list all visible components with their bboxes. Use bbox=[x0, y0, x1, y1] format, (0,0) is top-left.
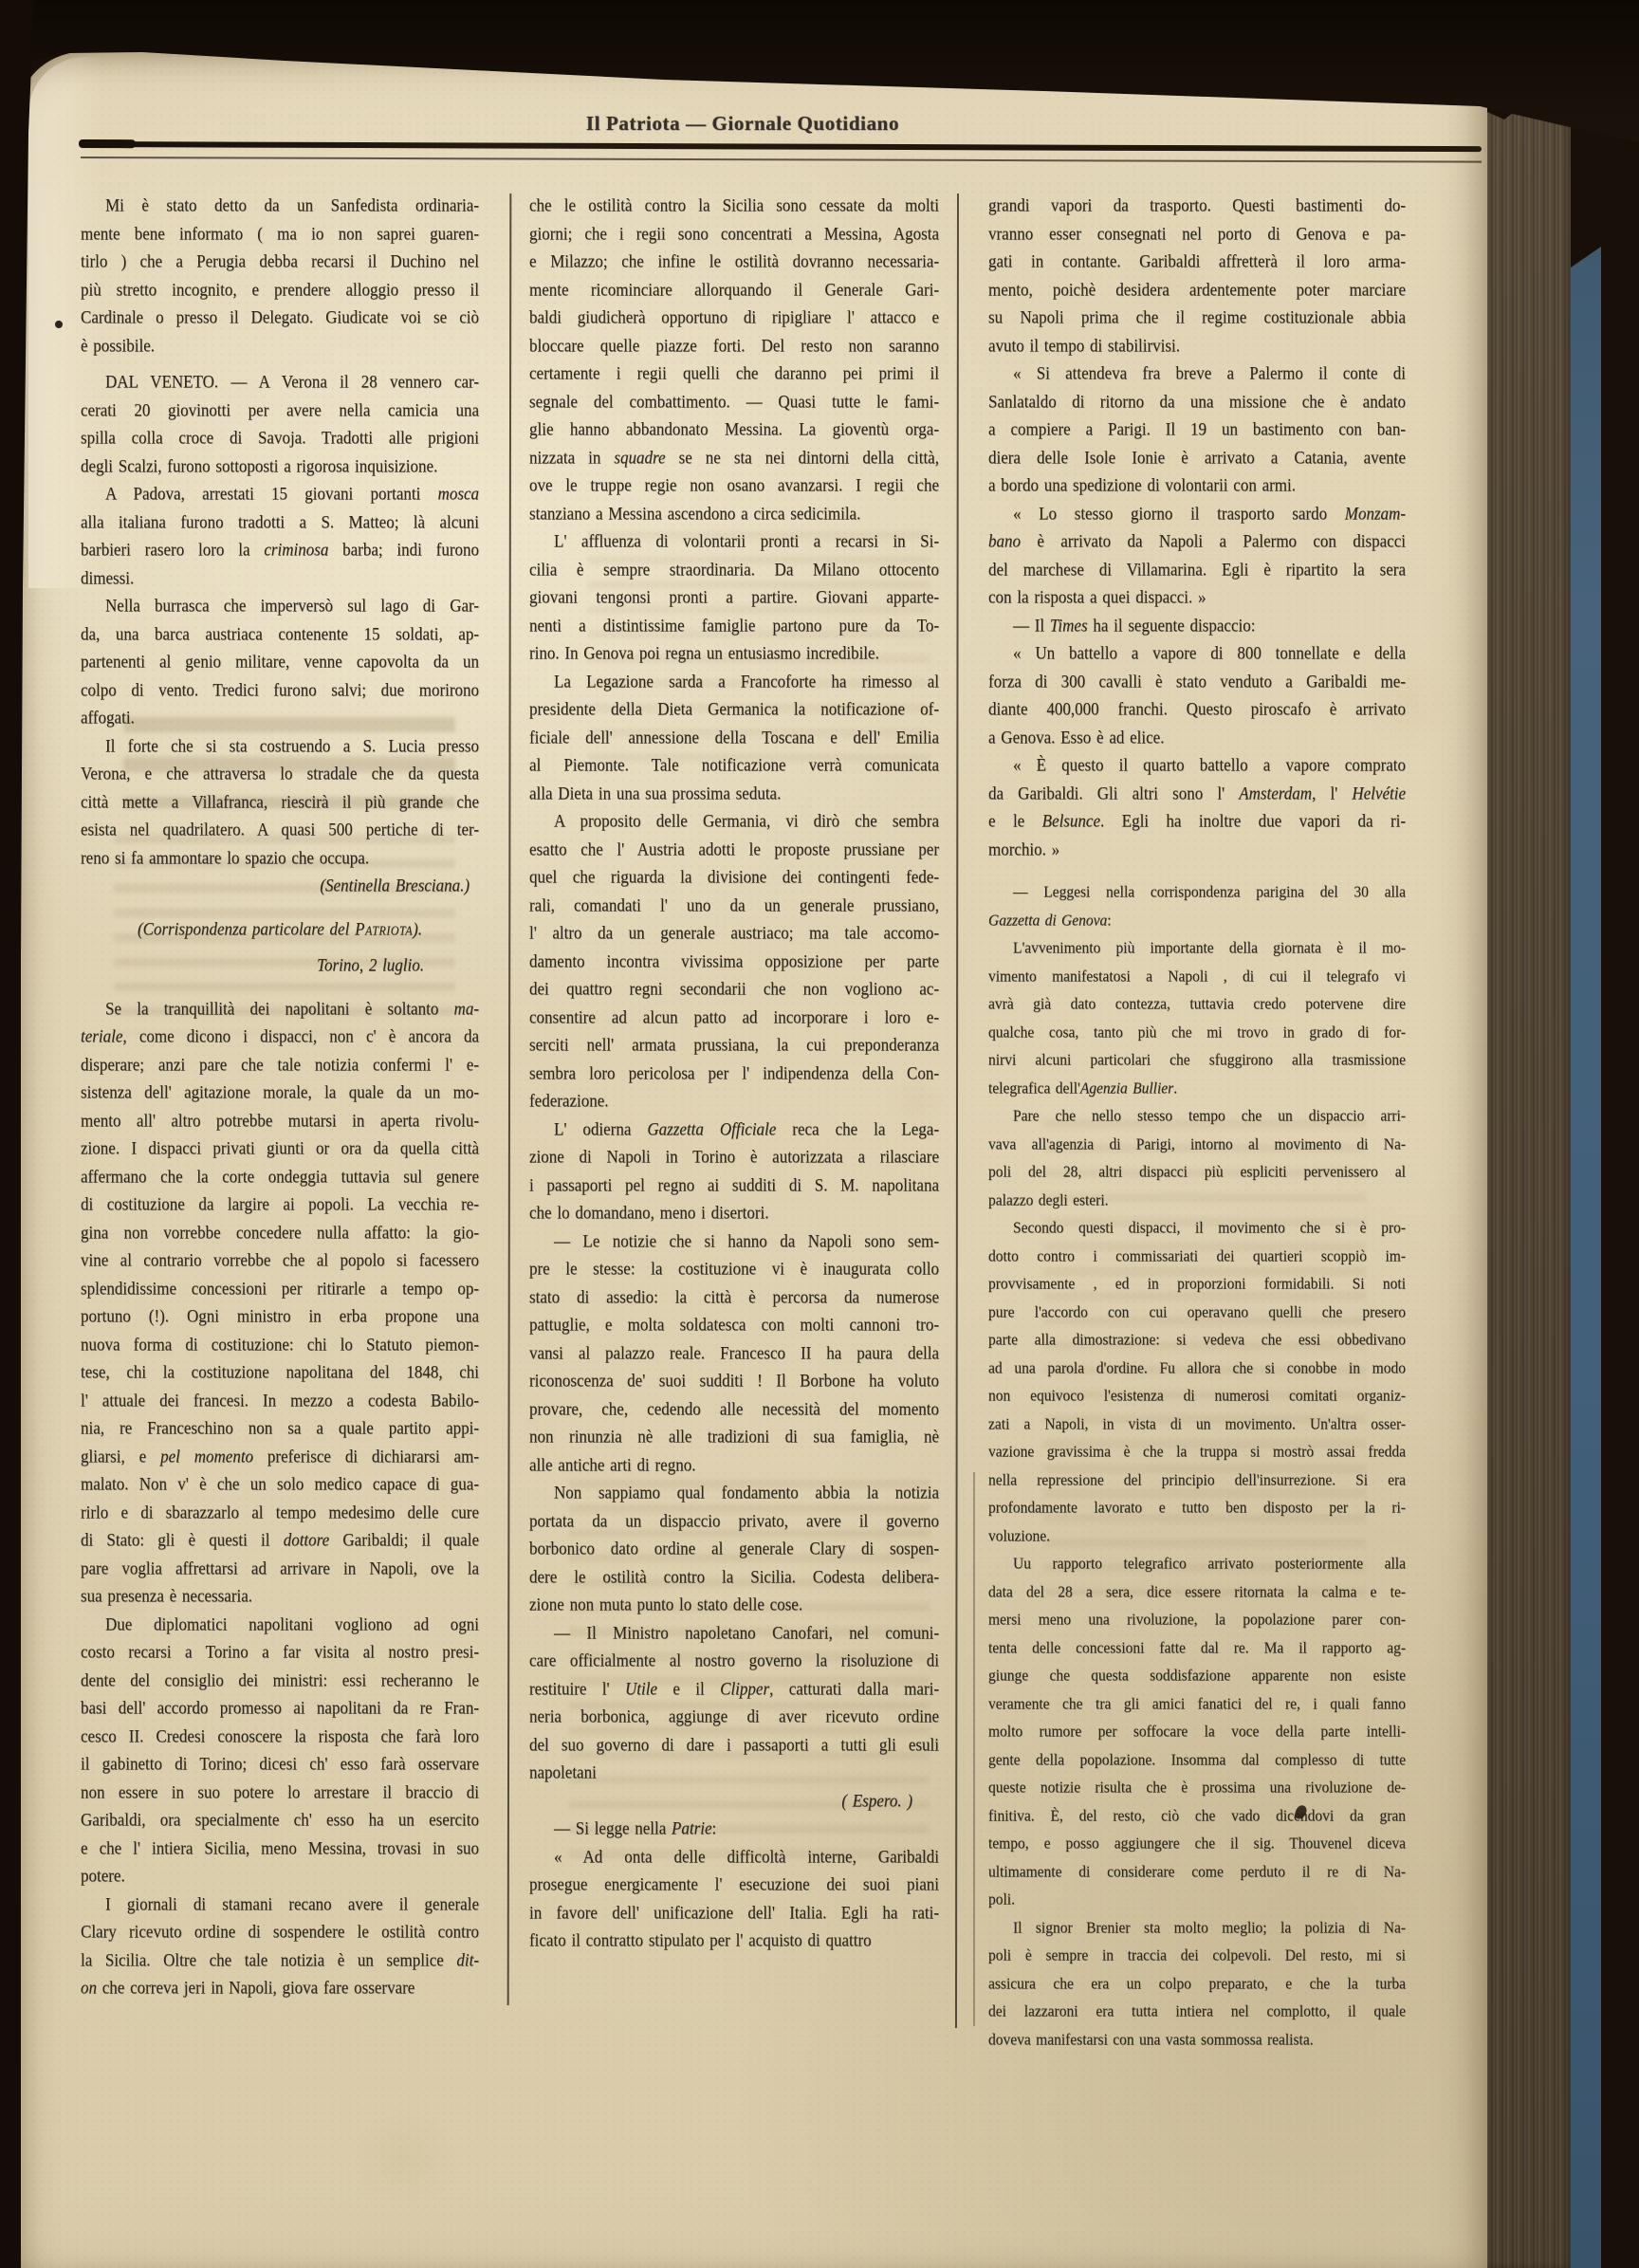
text-line: voluzione. bbox=[988, 1521, 1406, 1551]
text-line: città mette a Villafranca, riescirà il p… bbox=[81, 786, 479, 817]
text-line: poli. bbox=[988, 1885, 1406, 1915]
text-line: napoletani bbox=[529, 1758, 939, 1788]
text-line: disperare; anzi pare che tale notizia co… bbox=[81, 1049, 479, 1079]
text-line: dei lazzaroni era tutta intiera nel comp… bbox=[988, 1997, 1406, 2027]
paragraph: « Si attendeva fra breve a Palermo il co… bbox=[988, 360, 1406, 500]
text-line: tirlo ) che a Perugia debba recarsi il D… bbox=[81, 247, 479, 277]
text-line: finitiva. È, del resto, ciò che vado dic… bbox=[988, 1800, 1406, 1831]
paragraph: Non sappiamo qual fondamento abbia la no… bbox=[529, 1479, 939, 1619]
text-line: mente bene informato ( ma io non saprei … bbox=[81, 218, 479, 249]
paragraph: — Il Times ha il seguente dispaccio: bbox=[988, 612, 1406, 640]
text-line: dere le ostilità contro la Sicilia. Code… bbox=[529, 1561, 939, 1592]
text-line: segnale del combattimento. — Quasi tutte… bbox=[529, 386, 939, 416]
column-2: che le ostilità contro la Sicilia sono c… bbox=[529, 192, 939, 1955]
margin-dot bbox=[55, 321, 63, 328]
paragraph: Se la tranquillità dei napolitani è solt… bbox=[81, 995, 479, 1611]
text-line: a Genova. Esso è ad elice. bbox=[988, 722, 1406, 752]
text-line: Torino, 2 luglio. bbox=[81, 950, 479, 981]
text-line: ultimamente di considerare come perduto … bbox=[988, 1856, 1406, 1887]
text-line: avrà già dato contezza, tuttavia credo p… bbox=[988, 989, 1406, 1020]
text-line: baldi giudicherà opportuno di ripigliare… bbox=[529, 303, 939, 333]
text-line: nenti a distintissime famiglie partono p… bbox=[529, 610, 939, 640]
paragraph: (Corrispondenza particolare del Patriota… bbox=[81, 915, 479, 944]
text-line: L' odierna Gazzetta Officiale reca che l… bbox=[529, 1114, 939, 1144]
text-line: A Padova, arrestati 15 giovani portanti … bbox=[81, 479, 479, 509]
paragraph: A Padova, arrestati 15 giovani portanti … bbox=[81, 480, 479, 592]
text-line: Verona, e che attraversa lo stradale che… bbox=[81, 759, 479, 789]
text-line: ficiale dell' annessione della Toscana e… bbox=[529, 722, 939, 752]
text-line: poli è sempre in traccia dei colpevoli. … bbox=[988, 1941, 1406, 1971]
text-line: non essere in suo potere lo arrestare il… bbox=[81, 1777, 479, 1807]
text-line: assicura che era un colpo preparato, e c… bbox=[988, 1968, 1406, 1999]
text-line: glie hanno abbandonato Messina. La giove… bbox=[529, 415, 939, 445]
text-line: potere. bbox=[81, 1861, 479, 1891]
text-line: pre le stesse: la costituzione vi è inau… bbox=[529, 1254, 939, 1284]
text-line: grandi vapori da trasporto. Questi basti… bbox=[988, 191, 1406, 221]
text-line: pattuglie, e molta soldatesca con molti … bbox=[529, 1310, 939, 1340]
text-line: presidente della Dieta Germanica la noti… bbox=[529, 694, 939, 725]
text-line: bano è arrivato da Napoli a Palermo con … bbox=[988, 526, 1406, 557]
text-line: giunge che questa soddisfazione apparent… bbox=[988, 1661, 1406, 1691]
text-line: serciti nell' armata prussiana, la cui p… bbox=[529, 1030, 939, 1060]
text-line: stato di assedio: la città è percorsa da… bbox=[529, 1282, 939, 1312]
paragraph: DAL VENETO. — A Verona il 28 vennero car… bbox=[81, 368, 479, 480]
text-line: provvisamente , ed in proporzioni formid… bbox=[988, 1269, 1406, 1300]
text-line: nella repressione del principio dell'ins… bbox=[988, 1465, 1406, 1495]
text-line: Se la tranquillità dei napolitani è solt… bbox=[81, 993, 479, 1023]
text-line: esatto che l' Austria adotti le proposte… bbox=[529, 834, 939, 864]
text-line: riconoscenza de' suoi sudditi ! Il Borbo… bbox=[529, 1366, 939, 1396]
text-line: diera delle Isole Ionie è arrivato a Cat… bbox=[988, 442, 1406, 472]
text-line: dimessi. bbox=[81, 562, 479, 593]
text-line: alla Dieta in una sua prossima seduta. bbox=[529, 778, 939, 808]
text-line: e Milazzo; che infine le ostilità dovran… bbox=[529, 247, 939, 277]
text-line: palazzo degli esteri. bbox=[988, 1185, 1406, 1215]
text-line: telegrafica dell'Agenzia Bullier. bbox=[988, 1073, 1406, 1103]
text-line: queste notizie risulta che è prossima un… bbox=[988, 1773, 1406, 1803]
text-line: malato. Non v' è che un solo medico capa… bbox=[81, 1469, 479, 1500]
text-line: « Un battello a vapore di 800 tonnellate… bbox=[988, 638, 1406, 669]
text-line: Il signor Brenier sta molto meglio; la p… bbox=[988, 1912, 1406, 1943]
text-line: gina non vorrebbe concedere nulla affatt… bbox=[81, 1217, 479, 1247]
text-line: da, una barca austriaca contenente 15 so… bbox=[81, 618, 479, 649]
text-line: A proposito delle Germania, vi dirò che … bbox=[529, 806, 939, 837]
text-line: veramente che tra gli amici fanatici del… bbox=[988, 1688, 1406, 1719]
paragraph: — Le notizie che si hanno da Napoli sono… bbox=[529, 1227, 939, 1480]
text-line: Non sappiamo qual fondamento abbia la no… bbox=[529, 1478, 939, 1508]
text-line: rali, comandati l' uno da un generale pr… bbox=[529, 890, 939, 920]
text-line: data del 28 a sera, dice essere ritornat… bbox=[988, 1577, 1406, 1607]
text-line: (Sentinella Bresciana.) bbox=[81, 871, 479, 901]
text-line: — Si legge nella Patrie: bbox=[529, 1814, 939, 1844]
text-line: forza di 300 cavalli è stato venduto a G… bbox=[988, 666, 1406, 696]
text-line: sua presenza è necessaria. bbox=[81, 1581, 479, 1612]
text-line: gati in contante. Garibaldi affretterà i… bbox=[988, 247, 1406, 277]
text-line: ad una parola d'ordine. Fu allora che si… bbox=[988, 1353, 1406, 1383]
text-line: nia, re Franceschino non sa a quale part… bbox=[81, 1413, 479, 1444]
paragraph: Due diplomatici napolitani vogliono ad o… bbox=[81, 1611, 479, 1890]
text-line: dei quattro regni secondarii che non vog… bbox=[529, 974, 939, 1005]
text-line: del marchese di Villamarina. Egli è ripa… bbox=[988, 554, 1406, 584]
paragraph: I giornali di stamani recano avere il ge… bbox=[81, 1890, 479, 2002]
text-line: Sanlataldo di ritorno da una missione ch… bbox=[988, 386, 1406, 416]
text-line: I giornali di stamani recano avere il ge… bbox=[81, 1889, 479, 1919]
column-3: grandi vapori da trasporto. Questi basti… bbox=[988, 192, 1406, 2054]
paragraph: Mi è stato detto da un Sanfedista ordina… bbox=[81, 192, 479, 360]
text-line: a bordo una spedizione di volontarii con… bbox=[988, 470, 1406, 501]
text-line: Cardinale o presso il Delegato. Giudicat… bbox=[81, 303, 479, 333]
text-line: vazione gravissima è che la truppa si mo… bbox=[988, 1437, 1406, 1467]
text-line: rirlo e di sbarazzarlo al tempo medesimo… bbox=[81, 1497, 479, 1527]
text-line: ( Espero. ) bbox=[529, 1785, 939, 1816]
text-line: « Si attendeva fra breve a Palermo il co… bbox=[988, 359, 1406, 389]
paragraph: « Un battello a vapore di 800 tonnellate… bbox=[988, 639, 1406, 751]
text-line: nirvi alcuni particolari che sfuggirono … bbox=[988, 1045, 1406, 1076]
paragraph: Il forte che si sta costruendo a S. Luci… bbox=[81, 732, 479, 873]
paragraph: « Ad onta delle difficoltà interne, Gari… bbox=[529, 1843, 939, 1955]
text-line: basi dell' accordo promesso ai napolitan… bbox=[81, 1693, 479, 1724]
text-line: al Piemonte. Tale notificazione verrà co… bbox=[529, 750, 939, 781]
text-line: tenta delle concessioni fatte dal re. Ma… bbox=[988, 1632, 1406, 1663]
text-line: con la risposta a quei dispacci. » bbox=[988, 582, 1406, 613]
text-line: portata da un dispaccio privato, avere i… bbox=[529, 1505, 939, 1536]
text-line: colpo di vento. Tredici furono salvi; du… bbox=[81, 674, 479, 705]
text-line: Garibaldi, ora specialmente ch' esso ha … bbox=[81, 1805, 479, 1835]
paragraph: — Si legge nella Patrie: bbox=[529, 1815, 939, 1843]
text-line: alla italiana furono tradotti a S. Matte… bbox=[81, 507, 479, 537]
text-line: zati a Napoli, in vista di un movimento.… bbox=[988, 1409, 1406, 1439]
text-line: che lo domandano, meno i disertori. bbox=[529, 1198, 939, 1228]
column-1: Mi è stato detto da un Sanfedista ordina… bbox=[81, 192, 479, 2002]
text-line: reno si fa ammontare lo spazio che occup… bbox=[81, 842, 479, 873]
text-line: affogati. bbox=[81, 703, 479, 733]
scanned-newspaper-page: { "masthead": { "title": "Il Patriota — … bbox=[0, 0, 1639, 2268]
text-line: cilia è sempre straordinaria. Da Milano … bbox=[529, 554, 939, 584]
paragraph: Il signor Brenier sta molto meglio; la p… bbox=[988, 1914, 1406, 2055]
text-line: affermano che la corte ondeggia tuttavia… bbox=[81, 1161, 479, 1191]
text-line: Pare che nello stesso tempo che un dispa… bbox=[988, 1101, 1406, 1132]
text-line: vimento manifestatosi a Napoli , di cui … bbox=[988, 961, 1406, 991]
text-line: a compiere a Parigi. Il 19 un bastimento… bbox=[988, 415, 1406, 445]
paragraph: Pare che nello stesso tempo che un dispa… bbox=[988, 1102, 1406, 1214]
text-line: restituire l' Utile e il Clipper, cattur… bbox=[529, 1673, 939, 1704]
text-line: portuno (!). Ogni ministro in erba propo… bbox=[81, 1301, 479, 1332]
text-line: neria borbonica, aggiunge di aver ricevu… bbox=[529, 1702, 939, 1732]
paragraph: Uu rapporto telegrafico arrivato posteri… bbox=[988, 1550, 1406, 1914]
text-line: e le Belsunce. Egli ha inoltre due vapor… bbox=[988, 806, 1406, 837]
text-line: on che correva jeri in Napoli, giova far… bbox=[81, 1973, 479, 2003]
text-line: nizzata in squadre se ne sta nei dintorn… bbox=[529, 442, 939, 472]
text-line: « Ad onta delle difficoltà interne, Gari… bbox=[529, 1841, 939, 1872]
text-line: degli Scalzi, furono sottoposti a rigoro… bbox=[81, 451, 479, 481]
text-line: bloccare quelle piazze forti. Del resto … bbox=[529, 330, 939, 360]
text-line: quel che riguarda la divisione dei conti… bbox=[529, 862, 939, 893]
paragraph: La Legazione sarda a Francoforte ha rime… bbox=[529, 668, 939, 808]
text-line: di costituzione da largire ai popoli. La… bbox=[81, 1189, 479, 1220]
text-line: damento incontra vivissima opposizione p… bbox=[529, 946, 939, 976]
text-line: ove le truppe regie non osano avanzarsi.… bbox=[529, 470, 939, 501]
text-line: prosegue energicamente l' esecuzione dei… bbox=[529, 1870, 939, 1900]
text-line: Clary ricevuto ordine di sospendere le o… bbox=[81, 1917, 479, 1947]
text-line: zione non muta punto lo stato delle cose… bbox=[529, 1590, 939, 1620]
text-line: dente del consiglio dei ministri: essi r… bbox=[81, 1665, 479, 1695]
text-line: barbieri rasero loro la criminosa barba;… bbox=[81, 535, 479, 565]
text-line: sembra loro pericolosa per l' indipenden… bbox=[529, 1058, 939, 1088]
text-line: partenenti al genio militare, venne capo… bbox=[81, 647, 479, 677]
text-line: care officialmente al nostro governo la … bbox=[529, 1646, 939, 1676]
text-line: mente ricominciare allorquando il Genera… bbox=[529, 274, 939, 304]
text-line: sistenza dell' agitazione morale, la qua… bbox=[81, 1078, 479, 1108]
text-line: esista nel quadrilatero. A quasi 500 per… bbox=[81, 815, 479, 845]
text-line: — Le notizie che si hanno da Napoli sono… bbox=[529, 1226, 939, 1256]
text-line: morchio. » bbox=[988, 834, 1406, 864]
text-line: mento, poichè desidera ardentemente pote… bbox=[988, 274, 1406, 304]
text-line: tese, chi la costituzione napolitana del… bbox=[81, 1357, 479, 1388]
text-line: DAL VENETO. — A Verona il 28 vennero car… bbox=[81, 367, 479, 397]
text-line: rino. In Genova poi regna un entusiasmo … bbox=[529, 638, 939, 669]
text-line: cerati 20 giovinotti per avere nella cam… bbox=[81, 395, 479, 425]
paragraph: L' affluenza di volontarii pronti a reca… bbox=[529, 527, 939, 668]
text-line: Nella burrasca che imperversò sul lago d… bbox=[81, 591, 479, 621]
paragraph: Secondo questi dispacci, il movimento ch… bbox=[988, 1214, 1406, 1550]
text-line: gliarsi, e pel momento preferisce di dic… bbox=[81, 1441, 479, 1471]
masthead-title: Il Patriota — Giornale Quotidiano bbox=[46, 112, 1440, 136]
text-line: parte alla dimostrazione: si vedeva che … bbox=[988, 1325, 1406, 1355]
text-line: dotto contro i commissariati dei quartie… bbox=[988, 1241, 1406, 1271]
text-line: mento all' altro potrebbe mutarsi in ape… bbox=[81, 1105, 479, 1135]
paragraph: Torino, 2 luglio. bbox=[81, 951, 479, 980]
text-line: Mi è stato detto da un Sanfedista ordina… bbox=[81, 191, 479, 221]
text-line: vine al contrario vorrebbe che al popolo… bbox=[81, 1245, 479, 1276]
text-line: vava all'agenzia di Parigi, intorno al m… bbox=[988, 1129, 1406, 1159]
text-line: federazione. bbox=[529, 1086, 939, 1116]
text-line: « Lo stesso giorno il trasporto sardo Mo… bbox=[988, 498, 1406, 528]
text-line: è possibile. bbox=[81, 330, 479, 360]
text-line: su Napoli prima che il regime costituzio… bbox=[988, 303, 1406, 333]
text-line: molto rumore per soffocare la voce della… bbox=[988, 1717, 1406, 1747]
text-line: pure l'accordo con cui operavano quelli … bbox=[988, 1297, 1406, 1327]
text-line: stanziano a Messina ascendono a circa se… bbox=[529, 498, 939, 528]
text-line: qualche cosa, tanto più che mi trovo in … bbox=[988, 1017, 1406, 1047]
text-line: il gabinetto di Torino; dicesi ch' esso … bbox=[81, 1749, 479, 1779]
text-line: del suo governo di dare i passaporti a t… bbox=[529, 1729, 939, 1760]
text-line: diante 400,000 franchi. Questo piroscafo… bbox=[988, 694, 1406, 725]
text-line: (Corrispondenza particolare del Patriota… bbox=[81, 913, 479, 944]
paragraph: « È questo il quarto battello a vapore c… bbox=[988, 751, 1406, 863]
text-line: mersi meno una rivoluzione, la popolazio… bbox=[988, 1605, 1406, 1635]
column-divider-2b bbox=[973, 1472, 975, 2026]
text-line: più stretto incognito, e prendere allogg… bbox=[81, 274, 479, 304]
text-line: Uu rapporto telegrafico arrivato posteri… bbox=[988, 1549, 1406, 1579]
paragraph: Nella burrasca che imperversò sul lago d… bbox=[81, 592, 479, 732]
text-line: pare voglia affrettarsi ad arrivare in N… bbox=[81, 1553, 479, 1583]
paragraph: — Leggesi nella corrispondenza parigina … bbox=[988, 878, 1406, 934]
text-line: poli del 28, altri dispacci più esplicit… bbox=[988, 1157, 1406, 1188]
text-line: gente della popolazione. Insomma dal com… bbox=[988, 1744, 1406, 1775]
text-line: — Il Ministro napoletano Canofari, nel c… bbox=[529, 1617, 939, 1648]
text-line: consentire ad alcun patto ad incorporare… bbox=[529, 1002, 939, 1032]
paragraph: L' odierna Gazzetta Officiale reca che l… bbox=[529, 1116, 939, 1227]
text-line: in favore dell' unificazione dell' Itali… bbox=[529, 1897, 939, 1927]
text-line: avuto il tempo di stabilirvisi. bbox=[988, 330, 1406, 360]
text-line: che le ostilità contro la Sicilia sono c… bbox=[529, 191, 939, 221]
text-line: La Legazione sarda a Francoforte ha rime… bbox=[529, 666, 939, 696]
text-line: — Leggesi nella corrispondenza parigina … bbox=[988, 877, 1406, 908]
text-line: zione di Napoli in Torino è autorizzata … bbox=[529, 1142, 939, 1172]
text-line: L'avvenimento più importante della giorn… bbox=[988, 933, 1406, 964]
text-line: e che l' intiera Sicilia, meno Messina, … bbox=[81, 1833, 479, 1863]
paragraph: ( Espero. ) bbox=[529, 1787, 939, 1816]
text-line: doveva manifestarsi con una vasta sommos… bbox=[988, 2024, 1406, 2055]
paragraph: (Sentinella Bresciana.) bbox=[81, 872, 479, 900]
text-line: provare, che, cedendo alle necessità del… bbox=[529, 1393, 939, 1424]
text-line: vansi al palazzo reale. Francesco II ha … bbox=[529, 1337, 939, 1368]
text-line: tempo, e posso aggiungere che il sig. Th… bbox=[988, 1829, 1406, 1859]
text-line: non equivoco l'esistenza di numerosi com… bbox=[988, 1381, 1406, 1411]
text-line: nuova forma di costituzione: chi lo Stat… bbox=[81, 1329, 479, 1359]
text-line: cesco II. Credesi conoscere la risposta … bbox=[81, 1721, 479, 1751]
text-line: certamente i regii quelli che daranno pe… bbox=[529, 359, 939, 389]
text-line: L' affluenza di volontarii pronti a reca… bbox=[529, 526, 939, 557]
text-line: alle antiche arti di regno. bbox=[529, 1449, 939, 1480]
text-line: Il forte che si sta costruendo a S. Luci… bbox=[81, 730, 479, 761]
text-line: non rinunzia nè alle tradizioni di sua f… bbox=[529, 1422, 939, 1452]
text-line: Secondo questi dispacci, il movimento ch… bbox=[988, 1213, 1406, 1244]
paragraph: grandi vapori da trasporto. Questi basti… bbox=[988, 192, 1406, 360]
paragraph: L'avvenimento più importante della giorn… bbox=[988, 934, 1406, 1102]
text-line: da Garibaldi. Gli altri sono l' Amsterda… bbox=[988, 778, 1406, 808]
text-line: Gazzetta di Genova: bbox=[988, 905, 1406, 935]
text-line: l' attuale dei francesi. In mezzo a code… bbox=[81, 1385, 479, 1415]
paragraph: — Il Ministro napoletano Canofari, nel c… bbox=[529, 1619, 939, 1787]
text-line: l' altro da un generale austriaco; ma ta… bbox=[529, 918, 939, 949]
text-line: borbonico dato ordine al generale Clary … bbox=[529, 1534, 939, 1564]
text-line: costo recarsi a Torino a far visita al n… bbox=[81, 1637, 479, 1668]
text-line: — Il Times ha il seguente dispaccio: bbox=[988, 610, 1406, 640]
text-line: « È questo il quarto battello a vapore c… bbox=[988, 750, 1406, 781]
text-line: di Stato: gli è questi il dottore Gariba… bbox=[81, 1525, 479, 1556]
text-line: teriale, come dicono i dispacci, non c' … bbox=[81, 1022, 479, 1052]
text-line: la Sicilia. Oltre che tale notizia è un … bbox=[81, 1945, 479, 1975]
text-line: splendidissime concessioni per ritirarle… bbox=[81, 1273, 479, 1303]
paragraph: che le ostilità contro la Sicilia sono c… bbox=[529, 192, 939, 527]
text-line: i passaporti pel regno ai sudditi di S. … bbox=[529, 1170, 939, 1200]
text-line: giorni; che i regii sono concentrati a M… bbox=[529, 218, 939, 249]
text-line: ficato il contratto stipulato per l' acq… bbox=[529, 1926, 939, 1956]
text-line: giovani tengonsi pronti a partire. Giova… bbox=[529, 582, 939, 613]
text-line: vranno esser consegnati nel porto di Gen… bbox=[988, 218, 1406, 249]
text-line: zione. I dispacci privati giunti or ora … bbox=[81, 1134, 479, 1164]
text-line: Due diplomatici napolitani vogliono ad o… bbox=[81, 1609, 479, 1639]
text-line: spilla colla croce di Savoja. Tradotti a… bbox=[81, 423, 479, 453]
paragraph: A proposito delle Germania, vi dirò che … bbox=[529, 807, 939, 1116]
text-line: profondamente lavorato e tutto ben dispo… bbox=[988, 1493, 1406, 1523]
paragraph: « Lo stesso giorno il trasporto sardo Mo… bbox=[988, 500, 1406, 612]
